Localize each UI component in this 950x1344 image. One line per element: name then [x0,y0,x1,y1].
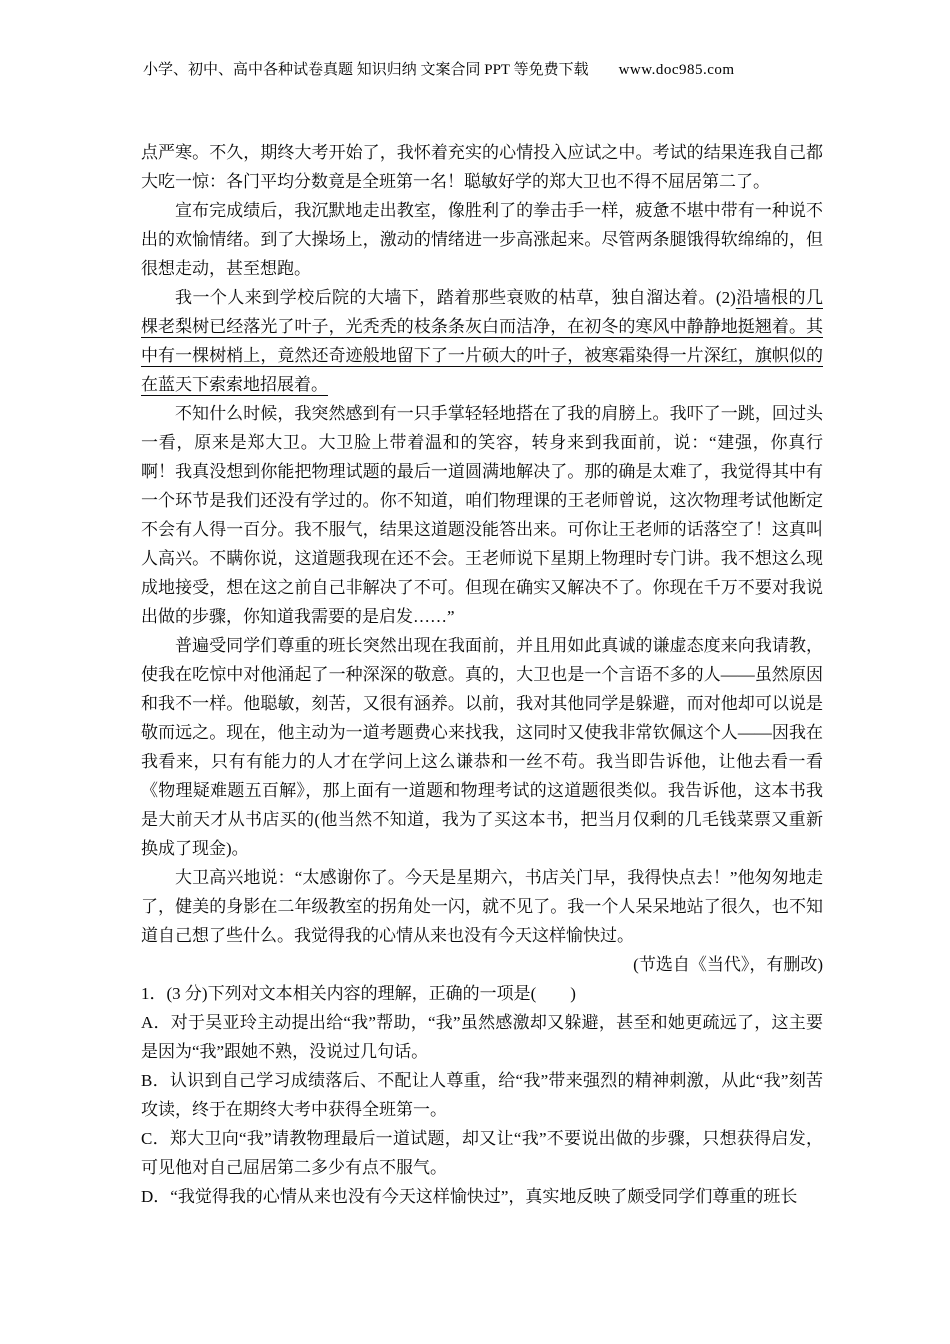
header-site-text: 小学、初中、高中各种试卷真题 知识归纳 文案合同 PPT 等免费下载 [143,62,589,78]
article-body: 点严寒。不久，期终大考开始了，我怀着充实的心情投入应试之中。考试的结果连我自己都… [141,138,823,1211]
paragraph-3-plain-text: 我一个人来到学校后院的大墙下，踏着那些衰败的枯草，独自溜达着。(2) [175,288,736,307]
option-a: A．对于吴亚玲主动提出给“我”帮助，“我”虽然感激却又躲避，甚至和她更疏远了，这… [141,1008,823,1066]
paragraph-2: 宣布完成绩后，我沉默地走出教室，像胜利了的拳击手一样，疲惫不堪中带有一种说不出的… [141,196,823,283]
option-c: C．郑大卫向“我”请教物理最后一道试题，却又让“我”不要说出做的步骤，只想获得启… [141,1124,823,1182]
option-d: D．“我觉得我的心情从来也没有今天这样愉快过”，真实地反映了颇受同学们尊重的班长 [141,1182,823,1211]
paragraph-1: 点严寒。不久，期终大考开始了，我怀着充实的心情投入应试之中。考试的结果连我自己都… [141,138,823,196]
paragraph-6: 大卫高兴地说：“太感谢你了。今天是星期六，书店关门早，我得快点去！”他匆匆地走了… [141,863,823,950]
paragraph-4: 不知什么时候，我突然感到有一只手掌轻轻地搭在了我的肩膀上。我吓了一跳，回过头一看… [141,399,823,631]
question-stem: 1．(3 分)下列对文本相关内容的理解，正确的一项是( ) [141,979,823,1008]
source-note: (节选自《当代》，有删改) [141,950,823,979]
paragraph-5: 普遍受同学们尊重的班长突然出现在我面前，并且用如此真诚的谦虚态度来向我请教，使我… [141,631,823,863]
page-header: 小学、初中、高中各种试卷真题 知识归纳 文案合同 PPT 等免费下载www.do… [143,58,833,79]
document-page: 小学、初中、高中各种试卷真题 知识归纳 文案合同 PPT 等免费下载www.do… [0,0,950,1344]
header-url: www.doc985.com [619,62,735,78]
option-b: B．认识到自己学习成绩落后、不配让人尊重，给“我”带来强烈的精神刺激，从此“我”… [141,1066,823,1124]
paragraph-3: 我一个人来到学校后院的大墙下，踏着那些衰败的枯草，独自溜达着。(2)沿墙根的几棵… [141,283,823,399]
